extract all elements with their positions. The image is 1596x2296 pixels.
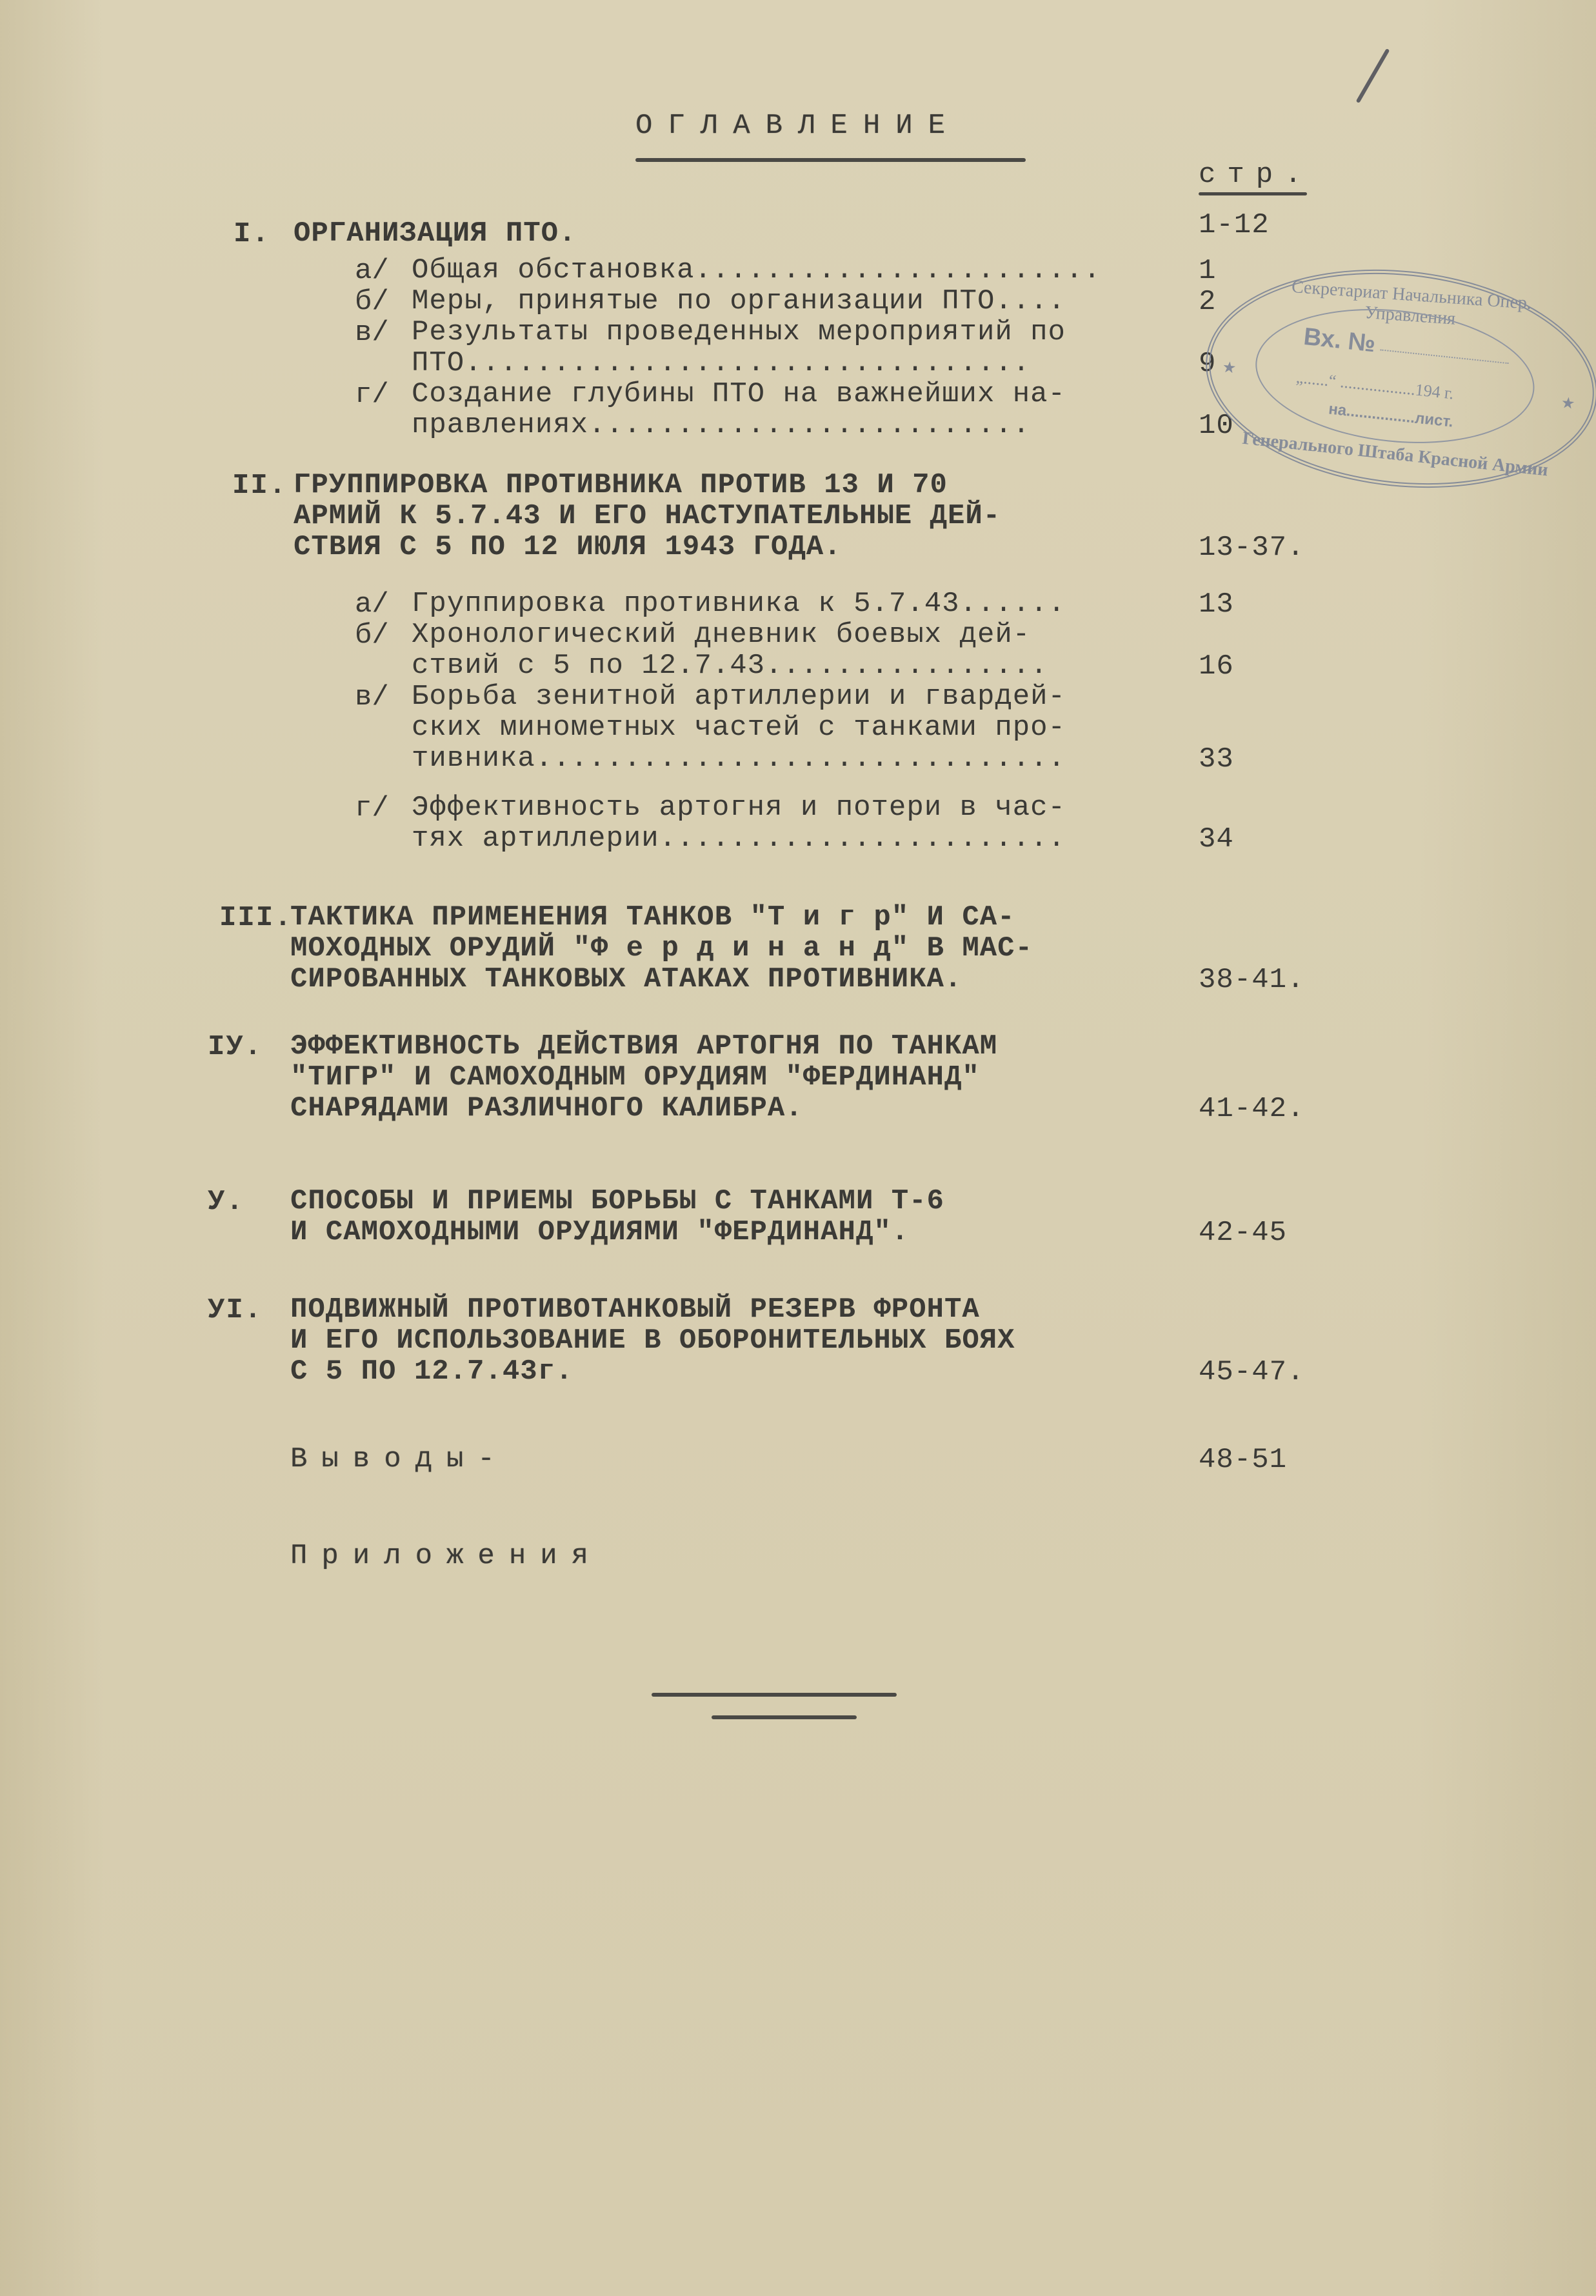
subsection-title-line: ских минометных частей с танками про-: [412, 712, 1066, 743]
subsection-letter: в/: [355, 681, 389, 714]
section-number: У.: [208, 1186, 244, 1218]
section-number: IУ.: [208, 1031, 263, 1063]
subsection-letter: а/: [355, 255, 389, 287]
subsection-title-line: Результаты проведенных мероприятий по: [412, 317, 1066, 348]
star-icon: ★: [1221, 352, 1237, 381]
subsection-1b-pages: 2: [1199, 286, 1216, 318]
section-title: ОРГАНИЗАЦИЯ ПТО.: [294, 218, 576, 249]
subsection-letter: в/: [355, 317, 389, 349]
section-title-line: АРМИЙ К 5.7.43 И ЕГО НАСТУПАТЕЛЬНЫЕ ДЕЙ-: [294, 501, 1001, 532]
subsection-title: Общая обстановка.......................: [412, 255, 1101, 286]
section-5-pages: 42-45: [1199, 1217, 1287, 1249]
section-1-pages: 1-12: [1199, 209, 1270, 241]
title-underline: [635, 158, 1026, 162]
section-title-line: ЭФФЕКТИВНОСТЬ ДЕЙСТВИЯ АРТОГНЯ ПО ТАНКАМ: [290, 1031, 997, 1062]
subsection-letter: г/: [355, 792, 389, 824]
subsection-1a-pages: 1: [1199, 255, 1216, 287]
subsection-title-line: правлениях.........................: [412, 410, 1030, 441]
subsection-2c-pages: 33: [1199, 743, 1234, 775]
section-title-line: "ТИГР" И САМОХОДНЫМ ОРУДИЯМ "ФЕРДИНАНД": [290, 1062, 980, 1093]
end-rule-bottom: [712, 1715, 857, 1719]
subsection-title-line: Хронологический дневник боевых дей-: [412, 619, 1030, 650]
section-title-line: ТАКТИКА ПРИМЕНЕНИЯ ТАНКОВ "Т и г р" И СА…: [290, 902, 1015, 933]
subsection-letter: г/: [355, 379, 389, 411]
subsection-title: Меры, принятые по организации ПТО....: [412, 286, 1066, 317]
section-4-pages: 41-42.: [1199, 1093, 1304, 1125]
subsection-letter: а/: [355, 588, 389, 621]
document-title: ОГЛАВЛЕНИЕ: [635, 110, 961, 142]
star-icon: ★: [1560, 388, 1576, 416]
section-title-line: МОХОДНЫХ ОРУДИЙ "Ф е р д и н а н д" В МА…: [290, 933, 1033, 964]
subsection-letter: б/: [355, 619, 389, 652]
section-number: III.: [219, 902, 293, 934]
subsection-title: Группировка противника к 5.7.43......: [412, 588, 1066, 619]
subsection-title-line: Эффективность артогня и потери в час-: [412, 792, 1066, 823]
page-column-label: стр.: [1199, 159, 1313, 191]
subsection-title-line: тивника..............................: [412, 743, 1066, 774]
section-title-line: И САМОХОДНЫМИ ОРУДИЯМИ "ФЕРДИНАНД".: [290, 1217, 909, 1248]
section-number: УI.: [208, 1294, 263, 1326]
conclusions-pages: 48-51: [1199, 1444, 1287, 1476]
subsection-title-line: тях артиллерии.......................: [412, 823, 1066, 854]
subsection-title-line: Борьба зенитной артиллерии и гвардей-: [412, 681, 1066, 712]
conclusions-label: Выводы-: [290, 1444, 509, 1475]
subsection-title-line: ствий с 5 по 12.7.43................: [412, 650, 1048, 681]
subsection-2d-pages: 34: [1199, 823, 1234, 855]
section-title-line: И ЕГО ИСПОЛЬЗОВАНИЕ В ОБОРОНИТЕЛЬНЫХ БОЯ…: [290, 1325, 1015, 1356]
section-title-line: СНАРЯДАМИ РАЗЛИЧНОГО КАЛИБРА.: [290, 1093, 803, 1124]
subsection-title-line: ПТО................................: [412, 348, 1030, 379]
section-title-line: СИРОВАННЫХ ТАНКОВЫХ АТАКАХ ПРОТИВНИКА.: [290, 964, 962, 995]
section-6-pages: 45-47.: [1199, 1356, 1304, 1388]
section-title-line: СТВИЯ С 5 ПО 12 ИЮЛЯ 1943 ГОДА.: [294, 532, 842, 563]
section-title-line: С 5 ПО 12.7.43г.: [290, 1356, 573, 1387]
subsection-letter: б/: [355, 286, 389, 318]
section-title-line: СПОСОБЫ И ПРИЕМЫ БОРЬБЫ С ТАНКАМИ Т-6: [290, 1186, 944, 1217]
section-number: I.: [234, 218, 270, 250]
subsection-2a-pages: 13: [1199, 588, 1234, 621]
appendices-label: Приложения: [290, 1541, 603, 1572]
section-title-line: ГРУППИРОВКА ПРОТИВНИКА ПРОТИВ 13 И 70: [294, 470, 948, 501]
subsection-2b-pages: 16: [1199, 650, 1234, 683]
section-3-pages: 38-41.: [1199, 964, 1304, 996]
page-column-underline: [1199, 192, 1307, 195]
end-rule-top: [652, 1693, 897, 1697]
subsection-title-line: Создание глубины ПТО на важнейших на-: [412, 379, 1066, 410]
section-2-pages: 13-37.: [1199, 532, 1304, 564]
section-title-line: ПОДВИЖНЫЙ ПРОТИВОТАНКОВЫЙ РЕЗЕРВ ФРОНТА: [290, 1294, 980, 1325]
section-number: II.: [232, 470, 287, 502]
